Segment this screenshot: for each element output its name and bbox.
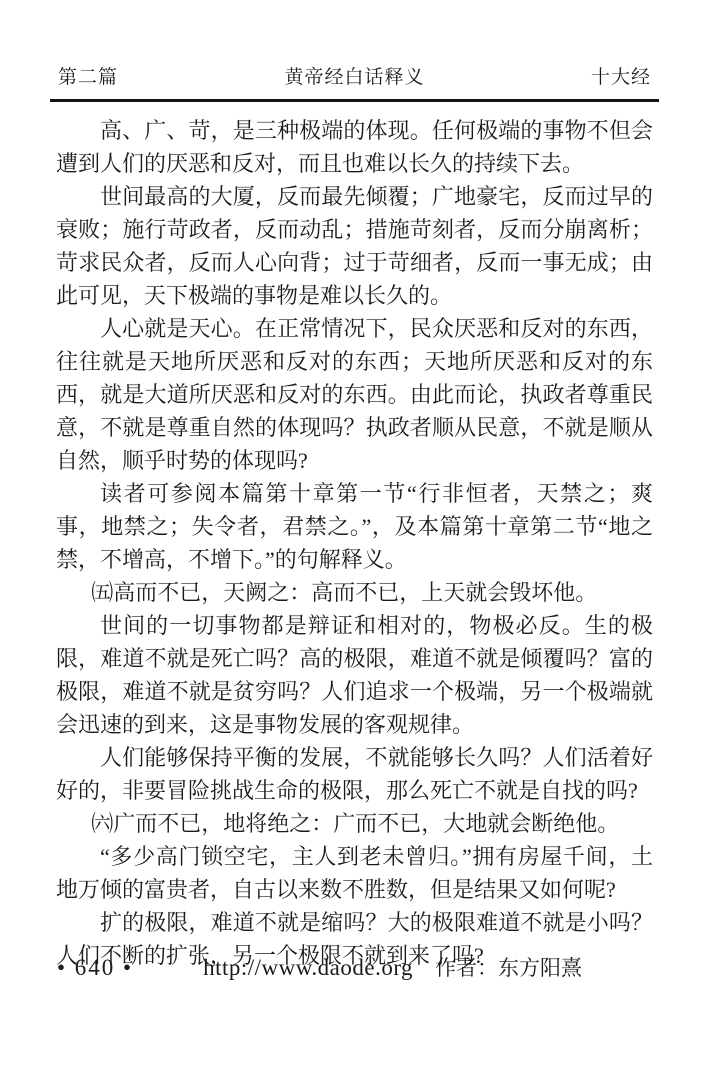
paragraph: 人们能够保持平衡的发展，不就能够长久吗？人们活着好好的，非要冒险挑战生命的极限，… <box>56 741 653 807</box>
paragraph: 世间最高的大厦，反而最先倾覆；广地豪宅，反而过早的衰败；施行苛政者，反而动乱；措… <box>56 180 653 312</box>
running-head-volume: 十大经 <box>425 66 652 90</box>
running-head-title: 黄帝经白话释义 <box>284 66 424 90</box>
paragraph: 高、广、苛，是三种极端的体现。任何极端的事物不但会遭到人们的厌恶和反对，而且也难… <box>56 114 653 180</box>
site-url: http://www.daode.org <box>203 951 413 985</box>
paragraph: 人心就是天心。在正常情况下，民众厌恶和反对的东西，往往就是天地所厌恶和反对的东西… <box>56 312 653 477</box>
numbered-paragraph: ㈥广而不已，地将绝之：广而不已，大地就会断绝他。 <box>56 807 653 840</box>
paragraph: 读者可参阅本篇第十章第一节“行非恒者，天禁之；爽事，地禁之；失令者，君禁之。”，… <box>56 477 653 576</box>
book-page: 第二篇 黄帝经白话释义 十大经 高、广、苛，是三种极端的体现。任何极端的事物不但… <box>0 0 709 1077</box>
paragraph: 世间的一切事物都是辩证和相对的，物极必反。生的极限，难道不就是死亡吗？高的极限，… <box>56 609 653 741</box>
running-head-section: 第二篇 <box>58 66 284 90</box>
page-number: • 640 • <box>57 951 133 985</box>
paragraph: “多少高门锁空宅，主人到老未曾归。”拥有房屋千间，土地万倾的富贵者，自古以来数不… <box>56 840 653 906</box>
body-text: 高、广、苛，是三种极端的体现。任何极端的事物不但会遭到人们的厌恶和反对，而且也难… <box>56 114 653 972</box>
numbered-paragraph: ㈤高而不已，天阙之：高而不已，上天就会毁坏他。 <box>56 576 653 609</box>
page-footer: • 640 • http://www.daode.org 作者：东方阳熹 <box>57 951 653 985</box>
running-head: 第二篇 黄帝经白话释义 十大经 <box>0 0 709 90</box>
header-rule <box>50 99 659 102</box>
author-credit: 作者：东方阳熹 <box>435 951 582 985</box>
